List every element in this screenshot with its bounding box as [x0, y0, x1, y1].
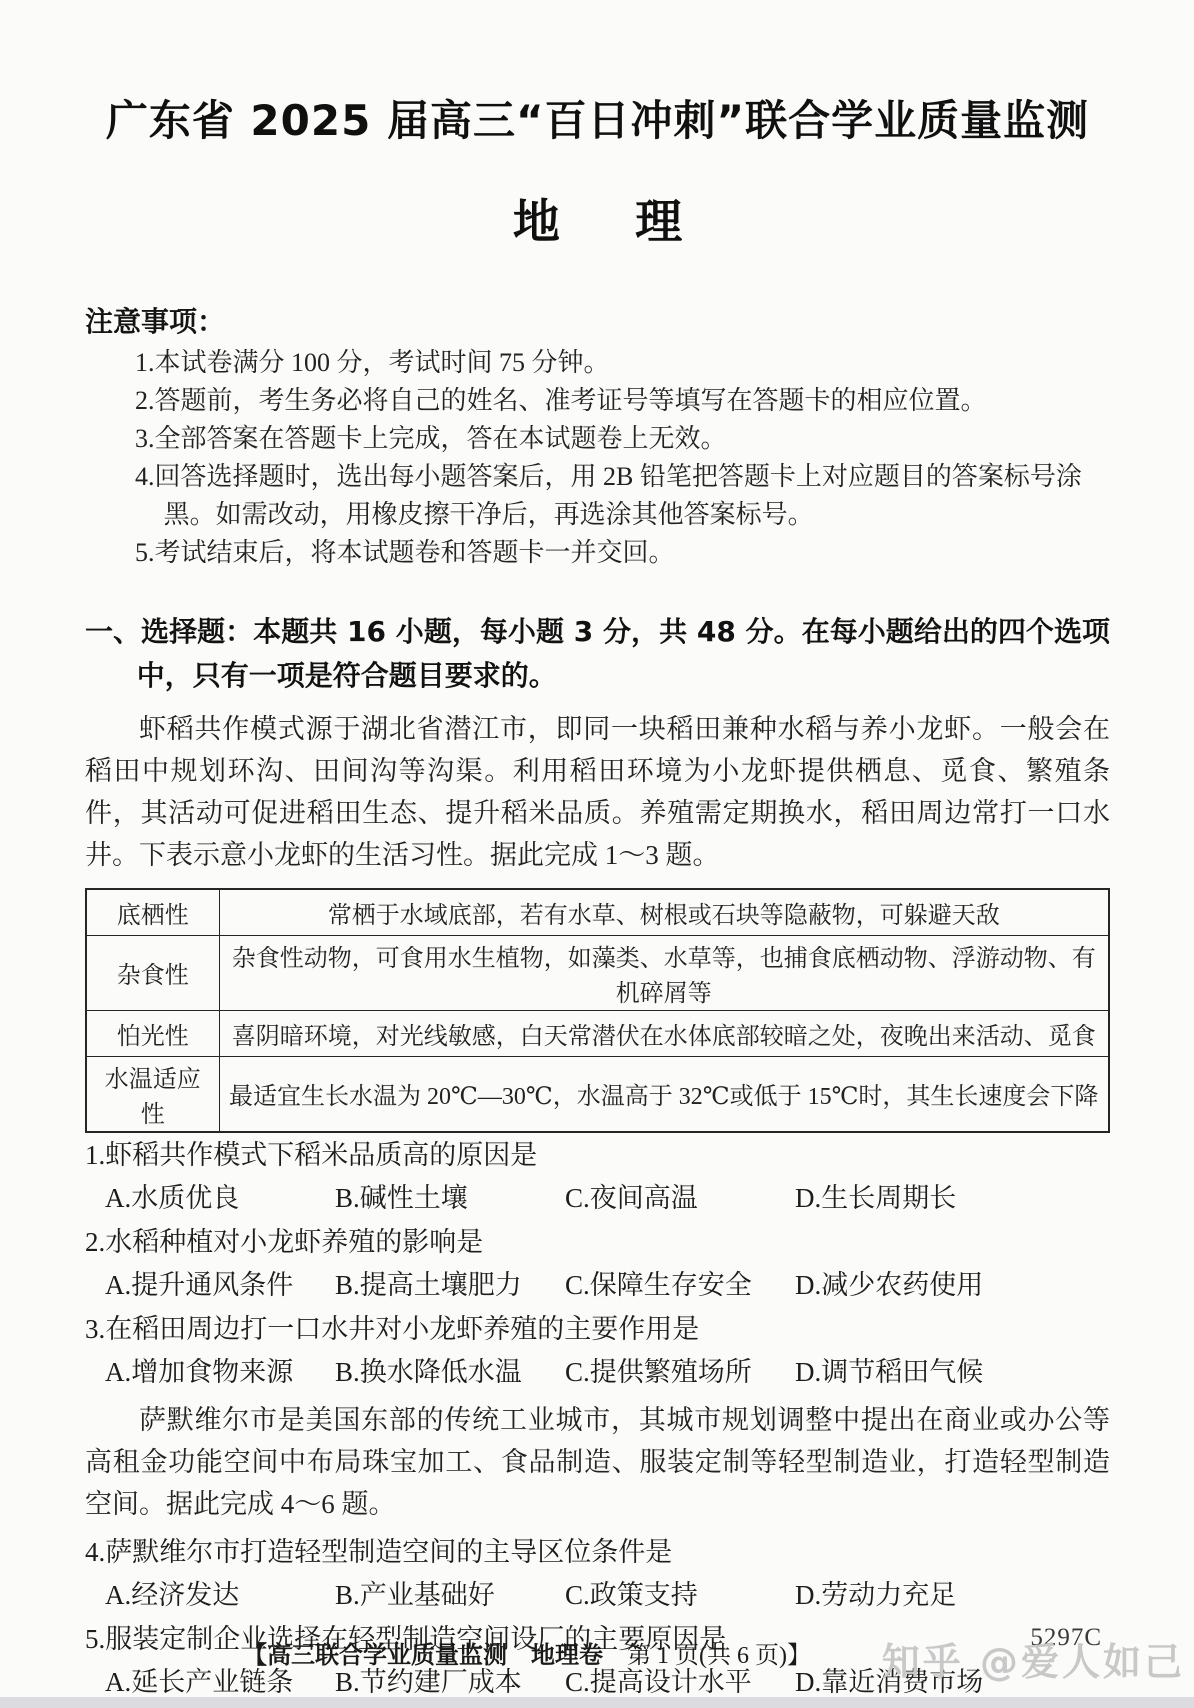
option-a: A.增加食物来源: [105, 1351, 335, 1394]
option-d: D.生长周期长: [795, 1177, 1110, 1220]
option-a: A.提升通风条件: [105, 1264, 335, 1307]
watermark-text: 知乎 @爱人如己: [882, 1631, 1185, 1686]
habit-desc: 常栖于水域底部，若有水草、树根或石块等隐蔽物，可躲避天敌: [219, 889, 1109, 935]
notice-item: 4.回答选择题时，选出每小题答案后，用 2B 铅笔把答题卡上对应题目的答案标号涂…: [135, 458, 1110, 534]
question-stem: 1.虾稻共作模式下稻米品质高的原因是: [85, 1134, 1110, 1177]
table-row: 怕光性 喜阴暗环境，对光线敏感，白天常潜伏在水体底部较暗之处，夜晚出来活动、觅食: [86, 1010, 1109, 1056]
option-d: D.减少农药使用: [795, 1264, 1110, 1307]
question-stem: 2.水稻种植对小龙虾养殖的影响是: [85, 1221, 1110, 1264]
notice-item: 3.全部答案在答题卡上完成，答在本试题卷上无效。: [135, 420, 1110, 458]
habit-desc: 最适宜生长水温为 20℃—30℃，水温高于 32℃或低于 15℃时，其生长速度会…: [219, 1056, 1109, 1132]
options-row: A.增加食物来源 B.换水降低水温 C.提供繁殖场所 D.调节稻田气候: [85, 1351, 1110, 1394]
page-content: 广东省 2025 届高三“百日冲刺”联合学业质量监测 地理 注意事项： 1.本试…: [0, 0, 1194, 1704]
notice-heading: 注意事项：: [85, 302, 1110, 342]
question-4: 4.萨默维尔市打造轻型制造空间的主导区位条件是 A.经济发达 B.产业基础好 C…: [85, 1531, 1110, 1617]
option-c: C.政策支持: [565, 1574, 795, 1617]
options-row: A.提升通风条件 B.提高土壤肥力 C.保障生存安全 D.减少农药使用: [85, 1264, 1110, 1307]
options-row: A.经济发达 B.产业基础好 C.政策支持 D.劳动力充足: [85, 1574, 1110, 1617]
table-row: 水温适应性 最适宜生长水温为 20℃—30℃，水温高于 32℃或低于 15℃时，…: [86, 1056, 1109, 1132]
shrimp-habit-table: 底栖性 常栖于水域底部，若有水草、树根或石块等隐蔽物，可躲避天敌 杂食性 杂食性…: [85, 888, 1110, 1133]
option-d: D.劳动力充足: [795, 1574, 1110, 1617]
footer-exam-label: 【高三联合学业质量监测 地理卷: [243, 1641, 627, 1669]
notice-item: 2.答题前，考生务必将自己的姓名、准考证号等填写在答题卡的相应位置。: [135, 382, 1110, 420]
habit-label: 水温适应性: [86, 1056, 219, 1132]
footer-page-number: 第 1 页(共 6 页)】: [627, 1643, 811, 1669]
option-d: D.调节稻田气候: [795, 1351, 1110, 1394]
option-b: B.提高土壤肥力: [335, 1264, 565, 1307]
option-b: B.产业基础好: [335, 1574, 565, 1617]
notice-list: 1.本试卷满分 100 分，考试时间 75 分钟。 2.答题前，考生务必将自己的…: [85, 344, 1110, 572]
option-a: A.水质优良: [105, 1177, 335, 1220]
option-b: B.换水降低水温: [335, 1351, 565, 1394]
option-c: C.提供繁殖场所: [565, 1351, 795, 1394]
habit-desc: 杂食性动物，可食用水生植物，如藻类、水草等，也捕食底栖动物、浮游动物、有机碎屑等: [219, 935, 1109, 1010]
habit-label: 杂食性: [86, 935, 219, 1010]
bottom-edge-strip: [0, 1697, 1194, 1708]
habit-label: 怕光性: [86, 1010, 219, 1056]
option-c: C.保障生存安全: [565, 1264, 795, 1307]
passage-shrimp-rice: 虾稻共作模式源于湖北省潜江市，即同一块稻田兼种水稻与养小龙虾。一般会在稻田中规划…: [85, 708, 1110, 876]
question-2: 2.水稻种植对小龙虾养殖的影响是 A.提升通风条件 B.提高土壤肥力 C.保障生…: [85, 1221, 1110, 1307]
passage-somerville: 萨默维尔市是美国东部的传统工业城市，其城市规划调整中提出在商业或办公等高租金功能…: [85, 1399, 1110, 1525]
subject-title: 地理: [85, 194, 1110, 252]
habit-desc: 喜阴暗环境，对光线敏感，白天常潜伏在水体底部较暗之处，夜晚出来活动、觅食: [219, 1010, 1109, 1056]
table-row: 杂食性 杂食性动物，可食用水生植物，如藻类、水草等，也捕食底栖动物、浮游动物、有…: [86, 935, 1109, 1010]
option-c: C.夜间高温: [565, 1177, 795, 1220]
option-b: B.碱性土壤: [335, 1177, 565, 1220]
question-stem: 4.萨默维尔市打造轻型制造空间的主导区位条件是: [85, 1531, 1110, 1574]
notice-item: 5.考试结束后，将本试题卷和答题卡一并交回。: [135, 534, 1110, 572]
question-3: 3.在稻田周边打一口水井对小龙虾养殖的主要作用是 A.增加食物来源 B.换水降低…: [85, 1308, 1110, 1394]
option-a: A.经济发达: [105, 1574, 335, 1617]
question-stem: 3.在稻田周边打一口水井对小龙虾养殖的主要作用是: [85, 1308, 1110, 1351]
options-row: A.水质优良 B.碱性土壤 C.夜间高温 D.生长周期长: [85, 1177, 1110, 1220]
section-heading: 一、选择题：本题共 16 小题，每小题 3 分，共 48 分。在每小题给出的四个…: [85, 610, 1110, 698]
notice-item: 1.本试卷满分 100 分，考试时间 75 分钟。: [135, 344, 1110, 382]
question-1: 1.虾稻共作模式下稻米品质高的原因是 A.水质优良 B.碱性土壤 C.夜间高温 …: [85, 1134, 1110, 1220]
paper-title: 广东省 2025 届高三“百日冲刺”联合学业质量监测: [85, 0, 1110, 150]
exam-paper-page: 广东省 2025 届高三“百日冲刺”联合学业质量监测 地理 注意事项： 1.本试…: [0, 0, 1194, 1708]
habit-label: 底栖性: [86, 889, 219, 935]
table-row: 底栖性 常栖于水域底部，若有水草、树根或石块等隐蔽物，可躲避天敌: [86, 889, 1109, 935]
